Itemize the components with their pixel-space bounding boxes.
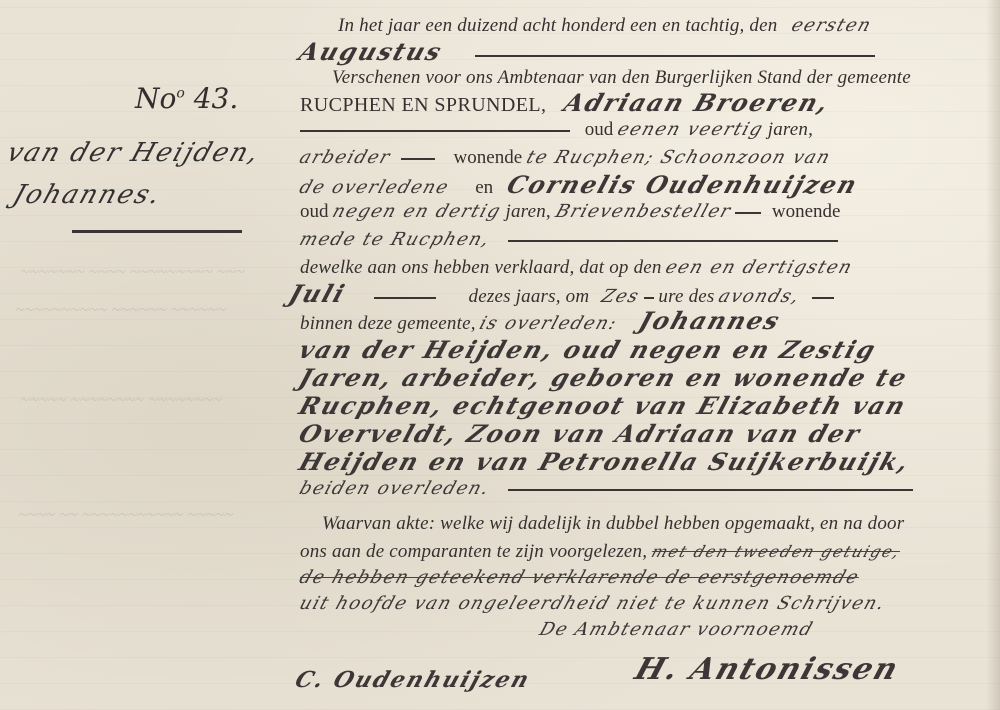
signature-witness: C. Oudenhuijzen xyxy=(296,668,530,694)
fill-rule xyxy=(401,158,435,160)
printed-text: en xyxy=(475,177,493,198)
relation-text: de overledene xyxy=(296,176,452,200)
printed-text: jaren, xyxy=(506,201,551,222)
fill-rule xyxy=(475,55,875,57)
closing-line-4: uit hoofde van ongeleerdheid niet te kun… xyxy=(300,592,885,616)
fill-rule xyxy=(508,489,913,491)
bleed-through-text: ~~~~ ~~ ~~~~~~~~~~~ ~~~~~ xyxy=(14,505,236,525)
parents-details: Heijden en van Petronella Suijkerbuijk, xyxy=(296,450,913,474)
struck-handwritten-text: met den tweeden getuige, xyxy=(648,540,904,564)
number-prefix: No xyxy=(135,82,176,115)
body-line-11: Juli dezes jaars, om Zes ure des avonds, xyxy=(290,282,834,309)
municipality-name: RUCPHEN EN SPRUNDEL, xyxy=(300,94,546,116)
bleed-through-text: ~~~~~~~~~~ ~~~~~~ ~~~~~~ xyxy=(11,300,229,320)
printed-text: jaren, xyxy=(768,119,813,140)
declarant-1-residence: te Rucphen; Schoonzoon van xyxy=(523,146,834,170)
printed-text: oud xyxy=(585,119,614,140)
illiteracy-statement: uit hoofde van ongeleerdheid niet te kun… xyxy=(296,592,888,616)
declarant-1-name: Adriaan Broeren, xyxy=(561,91,833,115)
declarant-2-age: negen en dertig xyxy=(329,200,504,224)
fill-rule xyxy=(374,297,436,299)
declarant-2-residence: mede te Rucphen, xyxy=(296,228,493,252)
closing-line-3: de hebben geteekend verklarende de eerst… xyxy=(300,566,859,590)
declarant-2-name: Cornelis Oudenhuijzen xyxy=(504,173,861,197)
death-statement: is overleden: xyxy=(477,312,622,336)
printed-text: In het jaar een duizend acht honderd een… xyxy=(338,15,777,36)
handwritten-day: eersten xyxy=(788,14,875,38)
fill-rule xyxy=(508,240,838,242)
bleed-through-text: ~~~~~~~ ~~~~ ~~~~~~~~~ ~~~ xyxy=(16,262,248,282)
death-day: een en dertigsten xyxy=(662,256,856,280)
body-line-7: de overledene en Cornelis Oudenhuijzen xyxy=(300,173,857,200)
printed-text: dezes jaars, om xyxy=(469,286,590,307)
body-line-9: mede te Rucphen, xyxy=(300,228,838,252)
printed-text: Waarvan akte: welke wij dadelijk in dubb… xyxy=(322,513,904,534)
margin-surname: van der Heijden, xyxy=(3,138,264,168)
printed-text: wonende xyxy=(772,201,841,222)
declarant-2-occupation: Brievenbesteller xyxy=(552,200,735,224)
body-line-3: Verschenen voor ons Ambtenaar van den Bu… xyxy=(332,66,911,90)
body-line-4: RUCPHEN EN SPRUNDEL, Adriaan Broeren, xyxy=(300,91,829,118)
closing-line-2: ons aan de comparanten te zijn voorgelez… xyxy=(300,540,900,564)
body-line-17: Heijden en van Petronella Suijkerbuijk, xyxy=(300,450,909,477)
closing-line-5: De Ambtenaar voornoemd xyxy=(540,618,813,642)
margin-given-name: Johannes. xyxy=(9,180,166,210)
printed-text: oud xyxy=(300,201,329,222)
fill-rule xyxy=(644,297,654,299)
body-line-15: Rucphen, echtgenoot van Elizabeth van xyxy=(300,394,906,421)
body-line-13: van der Heijden, oud negen en Zestig xyxy=(300,338,876,365)
body-line-5: oud eenen veertig jaren, xyxy=(300,118,813,142)
body-line-12: binnen deze gemeente, is overleden: Joha… xyxy=(300,309,780,336)
struck-handwritten-text: de hebben geteekend verklarende de eerst… xyxy=(296,566,862,590)
parents-details: Overveldt, Zoon van Adriaan van der xyxy=(296,422,864,446)
record-number: Noo 43. xyxy=(135,82,238,115)
death-hour: Zes xyxy=(598,285,643,309)
closing-line-1: Waarvan akte: welke wij dadelijk in dubb… xyxy=(322,512,904,536)
body-line-8: oud negen en dertig jaren, Brievenbestel… xyxy=(300,200,840,224)
number-value: 43. xyxy=(194,82,239,115)
fill-rule xyxy=(812,297,834,299)
printed-text: dewelke aan ons hebben verklaard, dat op… xyxy=(300,257,662,278)
death-month: Juli xyxy=(286,282,349,306)
handwritten-month: Augustus xyxy=(296,40,446,64)
parents-status: beiden overleden. xyxy=(296,477,493,501)
bleed-through-text: ~~~~~ ~~~~~~~~ ~~~~~~~~ xyxy=(16,390,225,410)
declarant-1-occupation: arbeider xyxy=(296,146,394,170)
deceased-details: van der Heijden, oud negen en Zestig xyxy=(296,338,880,362)
deceased-given-name: Johannes xyxy=(636,309,784,333)
official-signature: H. Antonissen xyxy=(632,658,902,682)
printed-text: wonende xyxy=(454,147,523,168)
number-suffix: o xyxy=(176,86,184,102)
body-line-16: Overveldt, Zoon van Adriaan van der xyxy=(300,422,860,449)
printed-text: ure des xyxy=(658,286,714,307)
page-edge-shadow xyxy=(986,0,1000,710)
fill-rule xyxy=(300,130,570,132)
body-line-14: Jaren, arbeider, geboren en wonende te xyxy=(300,366,907,393)
body-line-6: arbeider wonende te Rucphen; Schoonzoon … xyxy=(300,146,830,170)
margin-underline xyxy=(72,230,242,233)
witness-signature: C. Oudenhuijzen xyxy=(292,668,534,692)
official-title: De Ambtenaar voornoemd xyxy=(536,618,817,642)
printed-text: ons aan de comparanten te zijn voorgelez… xyxy=(300,541,647,562)
printed-text: Verschenen voor ons Ambtenaar van den Bu… xyxy=(332,67,911,88)
printed-text: binnen deze gemeente, xyxy=(300,313,476,334)
body-line-18: beiden overleden. xyxy=(300,477,913,501)
deceased-details: Jaren, arbeider, geboren en wonende te xyxy=(296,366,911,390)
spouse-details: Rucphen, echtgenoot van Elizabeth van xyxy=(296,394,910,418)
body-line-1: In het jaar een duizend acht honderd een… xyxy=(338,14,871,38)
signature-official: H. Antonissen xyxy=(636,658,898,686)
body-line-10: dewelke aan ons hebben verklaard, dat op… xyxy=(300,256,852,280)
body-line-2: Augustus xyxy=(300,40,875,67)
fill-rule xyxy=(735,212,761,214)
declarant-1-age: eenen veertig xyxy=(614,118,767,142)
